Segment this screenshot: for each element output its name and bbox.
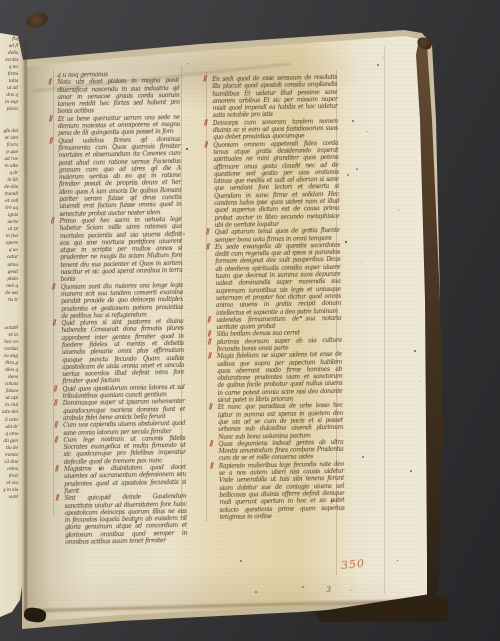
facing-text-fragment: plicio [0,106,21,113]
facing-text-fragment: cu aug [0,353,21,360]
manuscript-paragraph: ∥Deinceps cum sonoram tandem nomen diuin… [213,118,338,142]
manuscript-paragraph: ∥Rapiendo mulieribus lege fecundis nate … [219,460,345,521]
facing-text-fragment [0,311,21,318]
speck [309,228,311,230]
facing-text-fragment: celos [0,466,21,473]
facing-text-fragment: q uo [0,247,21,254]
paragraph-text: Deinceps cum sonoram tandem nomen diuini… [213,118,338,142]
manuscript-paragraph: ∥Quoniam sunt diu maiores una longe legi… [61,281,184,320]
left-column: q u noq germanus∥Nota ubi dicet ptolom i… [57,70,187,546]
facing-text-fragment [0,501,21,508]
paragraph-text: Et ue bene queruntur uerum una sede ne d… [58,114,180,138]
speck [366,131,367,132]
manuscript-paragraph: ∥Quid plures si sint pastores et diuina … [61,318,184,386]
speck [398,210,399,211]
facing-page-text: ftqad fidelisecctiaq nofirmitatisut aitd… [0,36,21,596]
manuscript-paragraph: ∥Quas degumiens indead gentes ab ultra M… [218,439,343,463]
facing-text-fragment: in fuo [0,233,21,240]
paragraph-text: Rapiendo mulieribus lege fecundis nate d… [219,460,345,521]
paragraph-text: Quoniam omnem appetendi fides corda tenu… [213,139,340,229]
paragraph-text: En sedi quod de esse sensuum de resoluti… [212,74,338,120]
facing-text-fragment: actat9 [0,325,21,332]
speck [188,63,189,64]
facing-text-fragment: tiu de [0,445,21,452]
facing-text-fragment [0,508,21,515]
manuscript-paragraph: ∥Et ue bene queruntur uerum una sede ne … [58,114,180,138]
facing-text-fragment: li octo [0,417,21,424]
paragraph-text: Magistros in diuinitatem quod docet uiue… [64,464,186,495]
speck [186,148,188,150]
facing-text-fragment: q no [0,64,21,71]
manuscript-paragraph: ∥Magistros in diuinitatem quod docet uiu… [64,464,186,495]
speck [183,233,185,235]
facing-text-fragment: ut pt [0,226,21,233]
facing-text-fragment: in sup [0,99,21,106]
facing-text-fragment [0,114,21,121]
ruling-line [206,72,207,522]
facing-text-fragment: et oia [0,480,21,487]
facing-text-fragment: gfa dei [0,128,21,135]
paragraph-text: Quod ualidius firmes qd dominus firmamen… [58,136,181,218]
speck [300,316,302,318]
facing-text-fragment: ris tr [0,297,21,304]
manuscript-paragraph: ∥Ex sede ewangelia ab quesitis sacerdote… [215,242,341,317]
paragraph-text: Ex sede ewangelia ab quesitis sacerdotes… [215,242,341,317]
manuscript-paragraph: ∥Primo quod hec sacra in uetusta lege ha… [60,216,183,284]
facing-text-fragment: de diis [0,184,21,191]
right-column: ∥En sedi quod de esse sensuum de resolut… [212,74,345,521]
facing-text-fragment: gesti [0,269,21,276]
facing-text-fragment: in lib [0,177,21,184]
facing-text-fragment: catur [0,254,21,261]
facing-text-fragment: fcoru [0,142,21,149]
speck [361,262,362,263]
manuscript-paragraph: ∥Dominusque super ut ipsarum uehementer … [63,398,185,422]
speck [383,57,384,58]
paragraph-text: Magis fidelium ne super uidens tot ense … [217,351,343,404]
facing-text-fragment: firmi [0,71,21,78]
facing-text-fragment: ad fi [0,43,21,50]
manuscript-paragraph: ∥Nota ubi dicet ptolom in magna ponit di… [57,77,180,116]
facing-text-fragment: ut ait [0,85,21,92]
facing-text-fragment: mei q [0,283,21,290]
facing-text-fragment: hoc co [0,339,21,346]
speck [68,98,69,99]
speck [347,174,349,176]
facing-text-fragment: alma [0,262,21,269]
facing-text-fragment: q oms [0,431,21,438]
facing-text-fragment: de ast [0,290,21,297]
facing-text-fragment: delis [0,50,21,57]
speck [302,586,304,588]
manuscript-paragraph: ∥Quoniam omnem appetendi fides corda ten… [213,139,340,229]
folio-number: 350 [340,557,365,572]
manuscript-paragraph: ∥Et nunc que paradisus de urbe lesso hec… [218,402,344,441]
facing-text-fragment: ptolo [0,276,21,283]
facing-text-fragment: et oim [0,135,21,142]
speck [397,560,398,561]
facing-text-fragment: tre aq [0,205,21,212]
facing-text-fragment: sunt [0,494,21,501]
facing-text-fragment: ad roe [0,156,21,163]
paragraph-text: Primo quod hec sacra in uetusta lege hab… [60,216,183,284]
paragraph-text: Quid plures si sint pastores et diuina h… [61,318,184,386]
manuscript-paragraph: ∥Magis fidelium ne super uidens tot ense… [217,351,343,404]
facing-text-fragment: p que [0,149,21,156]
facing-text-fragment [0,318,21,325]
spine-top [25,10,50,29]
facing-text-fragment [0,304,21,311]
facing-text-fragment [0,121,21,128]
manuscript-paragraph: ∥Cum lege nostram ut canonis fidelis Soc… [63,435,185,466]
facing-text-fragment: dii gen [0,438,21,445]
paragraph-text: Cum lege nostram ut canonis fidelis Socr… [63,435,185,466]
speck [362,456,364,458]
paragraph-text: Sint quicquid deinde Gaudendum sanctitat… [64,493,187,546]
facing-text-fragment: tate dei [0,409,21,416]
facing-text-fragment: ftq [0,36,21,43]
manuscript-paragraph: ∥Quod ualidius firmes qd dominus firmame… [58,136,181,218]
facing-text-fragment: tatis [0,78,21,85]
facing-text-fragment: s3 dns [0,459,21,466]
facing-text-fragment: aeris [0,219,21,226]
gutter-shadow [23,42,28,614]
paragraph-text: Quoniam sunt diu maiores una longe legis… [61,281,184,320]
speck [356,168,358,170]
speck [99,468,101,470]
speck [345,241,347,243]
facing-text-fragment: ecctia [0,57,21,64]
facing-text-fragment: mundi [0,191,21,198]
facing-text-fragment: m uite [0,163,21,170]
paragraph-text: Quas degumiens indead gentes ab ultra Mo… [218,439,343,463]
facing-text-fragment: deos [0,374,21,381]
speck [377,64,379,66]
facing-text-fragment: colunt [0,381,21,388]
speck [240,560,242,562]
facing-text-fragment: et in [0,332,21,339]
facing-text-fragment: 9tra g [0,360,21,367]
facing-text-fragment: ignis [0,212,21,219]
speck [350,590,351,591]
corner-inscription: 3 [326,585,331,594]
facing-text-fragment: cordat [0,346,21,353]
facing-text-fragment: ubi dr [0,424,21,431]
speck [420,381,421,382]
speck [331,500,333,502]
facing-text-fragment: q in eis [0,487,21,494]
facing-text-fragment: ut apt [0,395,21,402]
facing-text-fragment: in ciui [0,402,21,409]
facing-text-fragment: falsos [0,388,21,395]
facing-text-fragment: fecit [0,473,21,480]
parchment-crease [384,46,385,594]
manuscript-paragraph: ∥Sint quicquid deinde Gaudendum sanctita… [64,493,187,546]
facing-text-fragment: et celi [0,198,21,205]
speck [352,120,354,122]
paragraph-text: Et nunc que paradisus de urbe lesso hec … [218,402,344,441]
facing-text-fragment: monia [0,452,21,459]
speck [150,433,151,434]
speck [414,350,416,352]
facing-text-fragment: dns q [0,92,21,99]
facing-text-fragment: opere [0,240,21,247]
facing-text-fragment: tiles q [0,367,21,374]
manuscript-paragraph: ∥En sedi quod de esse sensuum de resolut… [212,74,338,120]
facing-text-fragment: q dr [0,170,21,177]
speck [410,470,412,472]
paragraph-text: Nota ubi dicet ptolom in magna ponit diu… [57,77,180,116]
paragraph-text: Dominusque super ut ipsarum uehementer q… [63,398,185,422]
manuscript-photo: ftqad fidelisecctiaq nofirmitatisut aitd… [0,0,500,641]
speck [255,591,257,593]
speck [135,521,137,523]
